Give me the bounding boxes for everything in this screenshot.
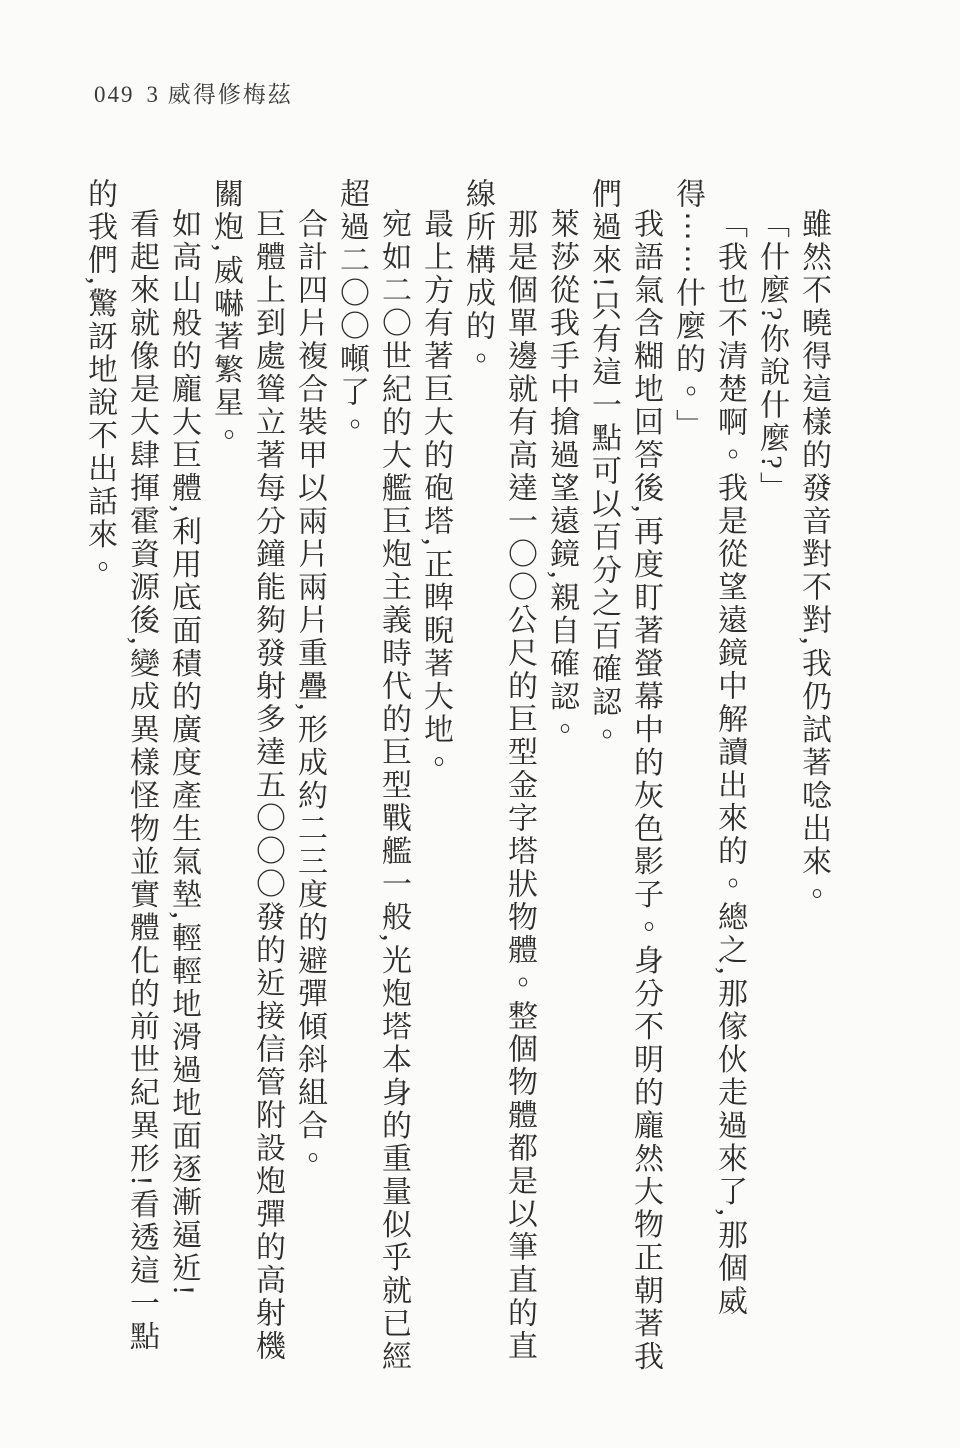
page-header: 0493 威得修梅茲 [94,76,293,109]
paragraph-8: 宛如二〇世紀的大艦巨炮主義時代的巨型戰艦一般,光炮塔本身的重量似乎就已經超過二〇… [330,178,414,1378]
paragraph-10: 巨體上到處聳立著每分鐘能夠發射多達五〇〇〇發的近接信管附設炮彈的高射機關炮,威嚇… [204,178,288,1378]
paragraph-12: 看起來就像是大肆揮霍資源後,變成異樣怪物並實體化的前世紀異形!看透這一點的我們,… [78,178,162,1378]
paragraph-6: 那是個單邊就有高達一〇〇公尺的巨型金字塔狀物體。整個物體都是以筆直的直線所構成的… [456,178,540,1378]
paragraph-2: 「什麼?你說什麼?」 [750,178,792,1378]
paragraph-3: 「我也不清楚啊。我是從望遠鏡中解讀出來的。總之,那傢伙走過來了,那個威得⋯⋯什麼… [666,178,750,1378]
paragraph-7: 最上方有著巨大的砲塔,正睥睨著大地。 [414,178,456,1378]
chapter-title: 3 威得修梅茲 [147,82,293,107]
book-page: 0493 威得修梅茲 雖然不曉得這樣的發音對不對,我仍試著唸出來。 「什麼?你說… [0,0,960,1448]
paragraph-1: 雖然不曉得這樣的發音對不對,我仍試著唸出來。 [792,178,834,1378]
paragraph-11: 如高山般的龐大巨體,利用底面積的廣度產生氣墊,輕輕地滑過地面逐漸逼近! [162,178,204,1378]
paragraph-9: 合計四片複合裝甲以兩片兩片重疊,形成約二三度的避彈傾斜組合。 [288,178,330,1378]
text-block: 雖然不曉得這樣的發音對不對,我仍試著唸出來。 「什麼?你說什麼?」 「我也不清楚… [78,178,834,1378]
paragraph-4: 我語氣含糊地回答後,再度盯著螢幕中的灰色影子。身分不明的龐然大物正朝著我們過來!… [582,178,666,1378]
paragraph-5: 萊莎從我手中搶過望遠鏡,親自確認。 [540,178,582,1378]
page-number: 049 [94,82,135,107]
